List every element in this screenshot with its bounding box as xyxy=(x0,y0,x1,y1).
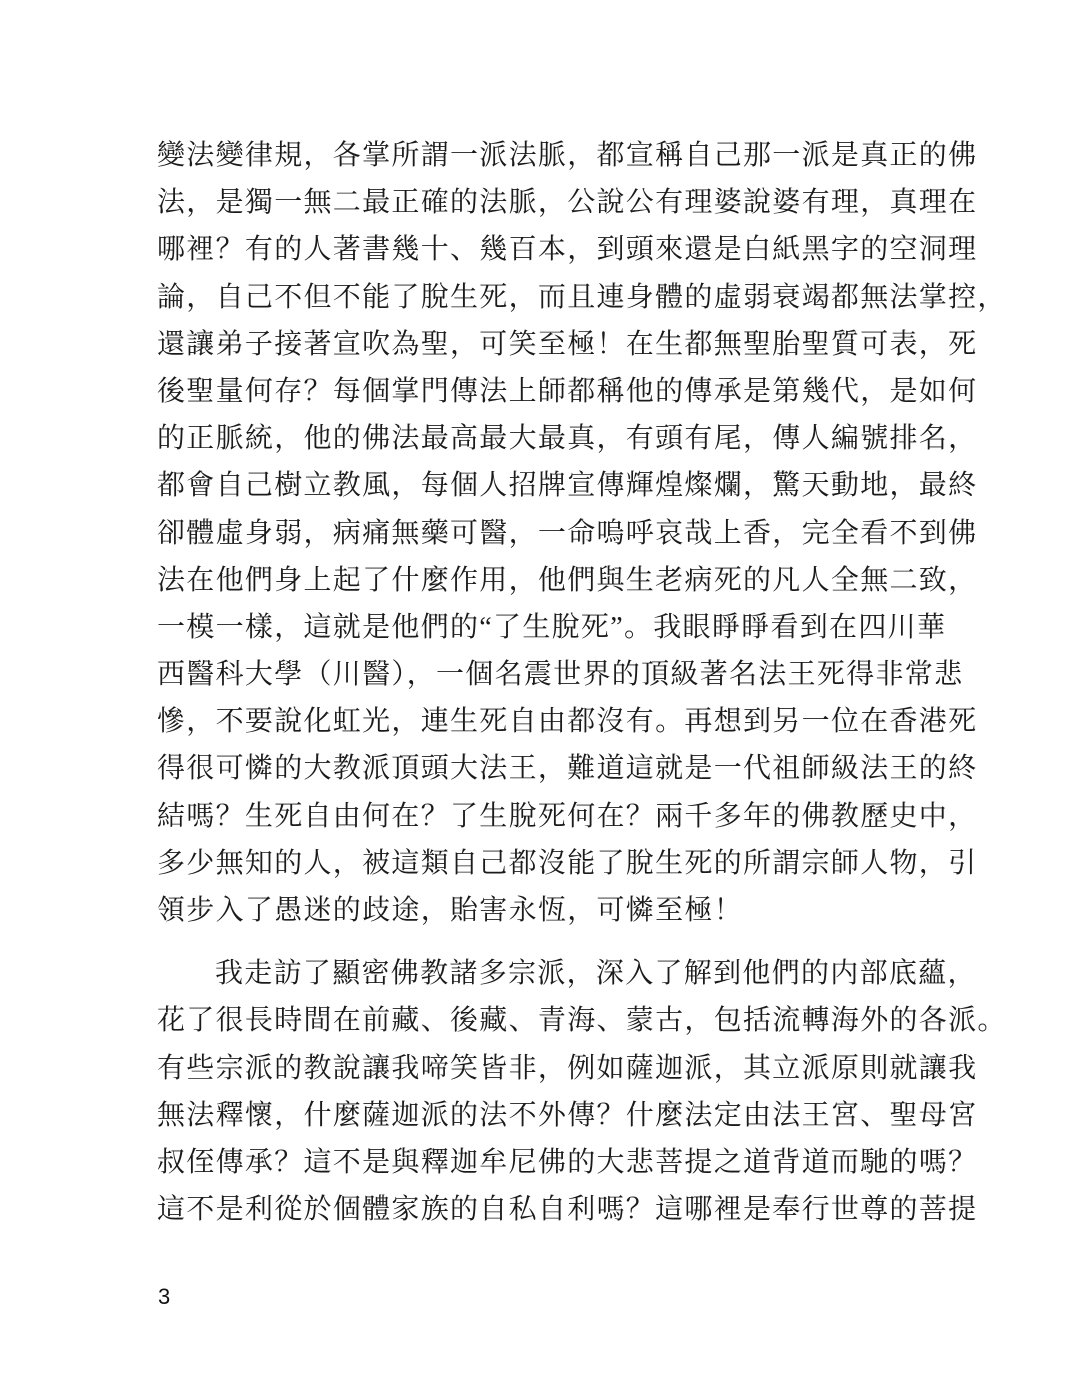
text-line: 論，自己不但不能了脫生死，而且連身體的虛弱衰竭都無法掌控， xyxy=(157,274,982,321)
text-line: 我走訪了顯密佛教諸多宗派，深入了解到他們的内部底蘊， xyxy=(157,950,982,997)
document-page: 變法變律規，各掌所謂一派法脈，都宣稱自己那一派是真正的佛 法，是獨一無二最正確的… xyxy=(0,0,1080,1397)
paragraph-2: 我走訪了顯密佛教諸多宗派，深入了解到他們的内部底蘊， 花了很長時間在前藏、後藏、… xyxy=(157,950,982,1233)
text-line: 西醫科大學（川醫），一個名震世界的頂級著名法王死得非常悲 xyxy=(157,651,982,698)
text-line: 的正脈統，他的佛法最高最大最真，有頭有尾，傳人編號排名， xyxy=(157,415,982,462)
text-line: 叔侄傳承？這不是與釋迦牟尼佛的大悲菩提之道背道而馳的嗎？ xyxy=(157,1139,982,1186)
text-line: 慘，不要說化虹光，連生死自由都沒有。再想到另一位在香港死 xyxy=(157,698,982,745)
text-line: 哪裡？有的人著書幾十、幾百本，到頭來還是白紙黑字的空洞理 xyxy=(157,226,982,273)
text-line: 花了很長時間在前藏、後藏、青海、蒙古，包括流轉海外的各派。 xyxy=(157,997,982,1044)
text-line: 有些宗派的教說讓我啼笑皆非，例如薩迦派，其立派原則就讓我 xyxy=(157,1045,982,1092)
paragraph-1: 變法變律規，各掌所謂一派法脈，都宣稱自己那一派是真正的佛 法，是獨一無二最正確的… xyxy=(157,132,982,934)
text-line: 後聖量何存？每個掌門傳法上師都稱他的傳承是第幾代，是如何 xyxy=(157,368,982,415)
text-line: 結嗎？生死自由何在？了生脫死何在？兩千多年的佛教歷史中， xyxy=(157,793,982,840)
text-line: 還讓弟子接著宣吹為聖，可笑至極！在生都無聖胎聖質可表，死 xyxy=(157,321,982,368)
text-line: 多少無知的人，被這類自己都沒能了脫生死的所謂宗師人物，引 xyxy=(157,840,982,887)
text-body: 變法變律規，各掌所謂一派法脈，都宣稱自己那一派是真正的佛 法，是獨一無二最正確的… xyxy=(157,132,982,1233)
text-line: 卻體虛身弱，病痛無藥可醫，一命嗚呼哀哉上香，完全看不到佛 xyxy=(157,510,982,557)
text-line: 領步入了愚迷的歧途，貽害永恆，可憐至極！ xyxy=(157,887,982,934)
text-line: 都會自己樹立教風，每個人招牌宣傳輝煌燦爛，驚天動地，最終 xyxy=(157,462,982,509)
text-line: 法在他們身上起了什麼作用，他們與生老病死的凡人全無二致， xyxy=(157,557,982,604)
text-line: 這不是利從於個體家族的自私自利嗎？這哪裡是奉行世尊的菩提 xyxy=(157,1186,982,1233)
text-line: 一模一樣，這就是他們的“了生脫死”。我眼睜睜看到在四川華 xyxy=(157,604,982,651)
text-line: 得很可憐的大教派頂頭大法王，難道這就是一代祖師級法王的終 xyxy=(157,745,982,792)
text-line: 法，是獨一無二最正確的法脈，公說公有理婆說婆有理，真理在 xyxy=(157,179,982,226)
text-line: 變法變律規，各掌所謂一派法脈，都宣稱自己那一派是真正的佛 xyxy=(157,132,982,179)
text-line: 無法釋懷，什麼薩迦派的法不外傳？什麼法定由法王宮、聖母宮 xyxy=(157,1092,982,1139)
page-number: 3 xyxy=(158,1283,170,1311)
